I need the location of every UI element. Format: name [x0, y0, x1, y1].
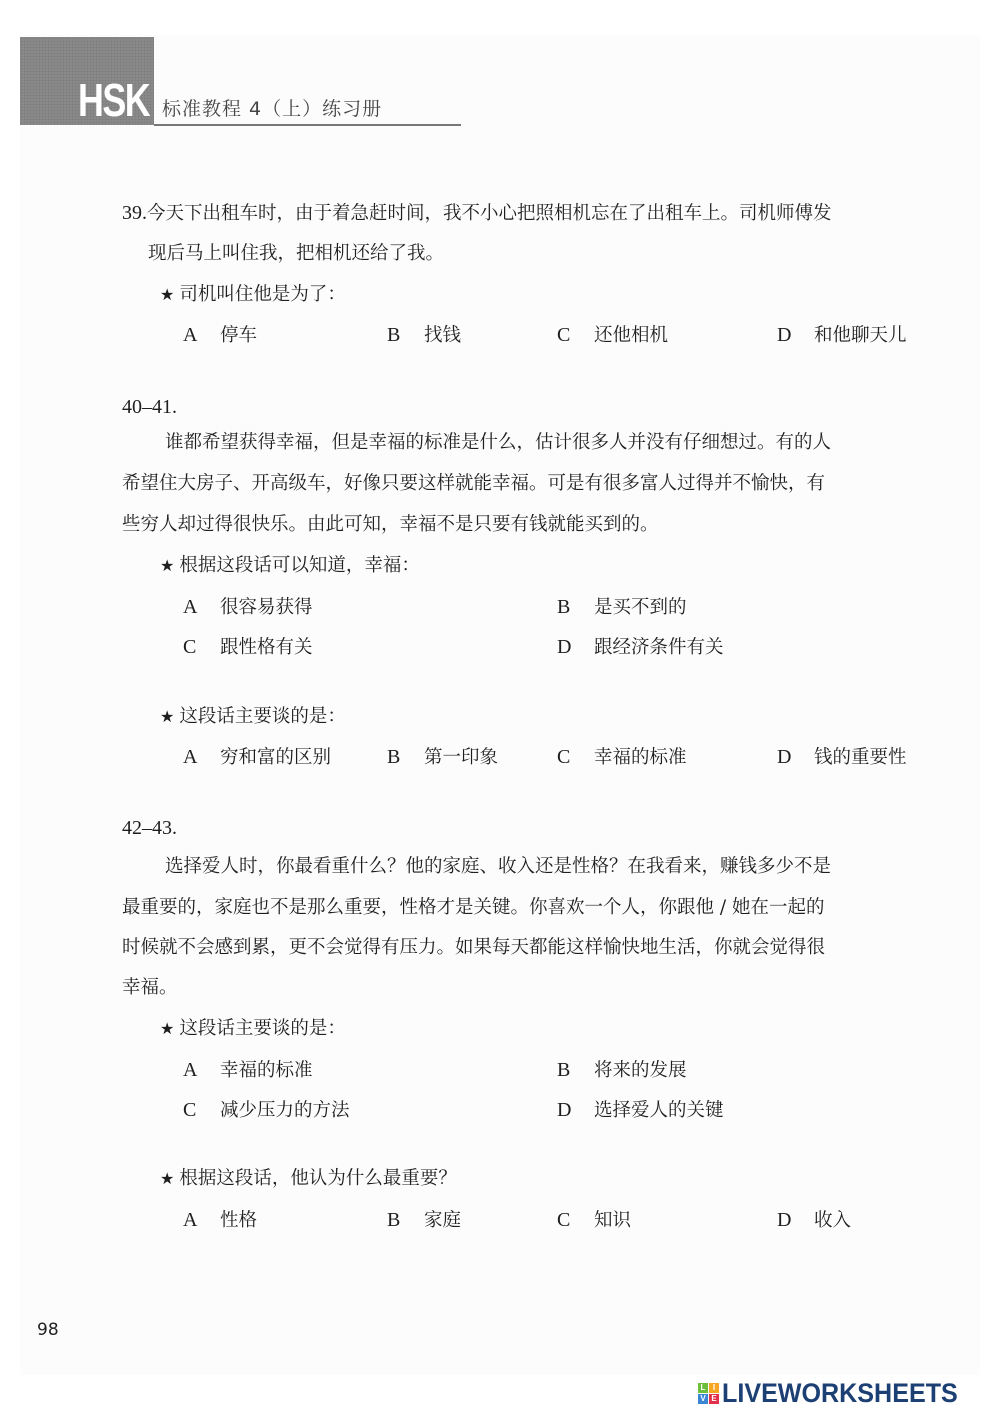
q41-option-c[interactable]: C幸福的标准 [557, 746, 687, 769]
star-icon: ★ [160, 1019, 174, 1038]
star-icon: ★ [160, 556, 174, 575]
q40-question: ★根据这段话可以知道，幸福： [160, 555, 420, 577]
q40-option-c[interactable]: C跟性格有关 [183, 636, 313, 659]
q42-43-passage-line2: 最重要的，家庭也不是那么重要，性格才是关键。你喜欢一个人，你跟他 / 她在一起的 [122, 897, 825, 919]
hsk-brand: HSK [78, 74, 149, 126]
book-title: 标准教程 4（上）练习册 [162, 94, 382, 121]
q39-passage-line2: 现后马上叫住我，把相机还给了我。 [148, 243, 444, 265]
liveworksheets-logo-icon: L I V E [698, 1383, 719, 1404]
q43-question: ★根据这段话，他认为什么最重要？ [160, 1168, 457, 1190]
q43-option-c[interactable]: C知识 [557, 1209, 631, 1232]
q42-43-passage-line3: 时候就不会感到累，更不会觉得有压力。如果每天都能这样愉快地生活，你就会觉得很 [122, 937, 825, 959]
q42-option-c[interactable]: C减少压力的方法 [183, 1099, 350, 1122]
q40-option-d[interactable]: D跟经济条件有关 [557, 636, 724, 659]
q41-question: ★这段话主要谈的是： [160, 706, 346, 728]
liveworksheets-text: LIVEWORKSHEETS [722, 1378, 958, 1409]
q39-number: 39. [122, 202, 147, 224]
q40-41-passage-line2: 希望住大房子、开高级车，好像只要这样就能幸福。可是有很多富人过得并不愉快，有 [122, 473, 825, 495]
q41-option-d[interactable]: D钱的重要性 [777, 746, 907, 769]
q42-43-passage-line4: 幸福。 [122, 977, 178, 999]
liveworksheets-watermark[interactable]: L I V E LIVEWORKSHEETS [698, 1378, 976, 1409]
q42-question: ★这段话主要谈的是： [160, 1018, 346, 1040]
q39-option-a[interactable]: A停车 [183, 324, 257, 347]
q40-option-a[interactable]: A很容易获得 [183, 596, 313, 619]
q42-43-number: 42–43. [122, 817, 177, 839]
q40-41-number: 40–41. [122, 396, 177, 418]
q43-option-b[interactable]: B家庭 [387, 1209, 461, 1232]
q40-41-passage-line3: 些穷人却过得很快乐。由此可知，幸福不是只要有钱就能买到的。 [122, 514, 659, 536]
q40-41-passage-line1: 谁都希望获得幸福，但是幸福的标准是什么，估计很多人并没有仔细想过。有的人 [165, 432, 831, 454]
q39-option-b[interactable]: B找钱 [387, 324, 461, 347]
q40-option-b[interactable]: B是买不到的 [557, 596, 687, 619]
q41-option-a[interactable]: A穷和富的区别 [183, 746, 331, 769]
q41-option-b[interactable]: B第一印象 [387, 746, 498, 769]
star-icon: ★ [160, 285, 174, 304]
star-icon: ★ [160, 1169, 174, 1188]
q39-option-d[interactable]: D和他聊天儿 [777, 324, 907, 347]
page-number: 98 [37, 1320, 59, 1340]
q42-option-b[interactable]: B将来的发展 [557, 1059, 687, 1082]
q43-option-a[interactable]: A性格 [183, 1209, 257, 1232]
q39-passage-line1: 39.今天下出租车时，由于着急赶时间，我不小心把照相机忘在了出租车上。司机师傅发 [122, 202, 832, 225]
q42-option-d[interactable]: D选择爱人的关键 [557, 1099, 724, 1122]
q42-option-a[interactable]: A幸福的标准 [183, 1059, 313, 1082]
q39-option-c[interactable]: C还他相机 [557, 324, 668, 347]
q42-43-passage-line1: 选择爱人时，你最看重什么？他的家庭、收入还是性格？在我看来，赚钱多少不是 [165, 856, 831, 878]
header-rule [154, 124, 461, 126]
star-icon: ★ [160, 707, 174, 726]
q39-question: ★司机叫住他是为了： [160, 284, 346, 306]
q43-option-d[interactable]: D收入 [777, 1209, 851, 1232]
